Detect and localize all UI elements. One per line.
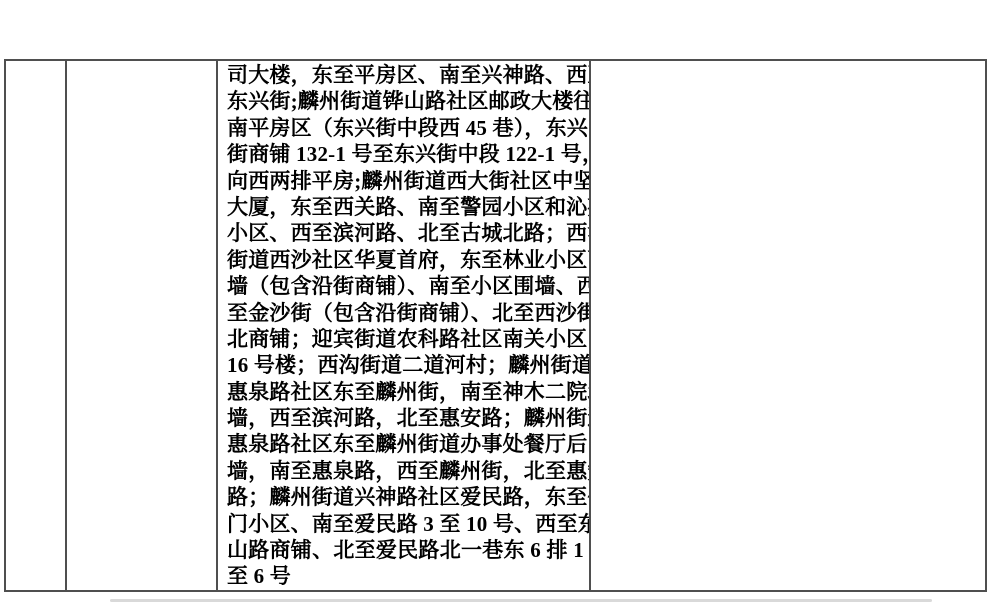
text-line: 惠泉路社区东至麟州街，南至神木二院北 (227, 379, 584, 405)
text-line: 路；麟州街道兴神路社区爱民路，东至佳 (227, 484, 584, 510)
text-line: 北商铺；迎宾街道农科路社区南关小区 (227, 326, 584, 352)
table-cell-area-description: 司大楼，东至平房区、南至兴神路、西至东兴街;麟州街道铧山路社区邮政大楼往南平房区… (216, 61, 589, 590)
text-line: 街商铺 132-1 号至东兴街中段 122-1 号， (227, 141, 584, 167)
text-line: 惠泉路社区东至麟州街道办事处餐厅后 (227, 431, 584, 457)
text-line: 东兴街;麟州街道铧山路社区邮政大楼往 (227, 88, 584, 114)
text-line: 至金沙街（包含沿街商铺）、北至西沙街 (227, 300, 584, 326)
table-cell-empty-left-2 (65, 61, 216, 590)
text-line: 墙（包含沿街商铺）、南至小区围墙、西 (227, 273, 584, 299)
table-cell-empty-right (589, 61, 985, 590)
text-line: 大厦，东至西关路、南至警园小区和沁苑 (227, 194, 584, 220)
text-line: 至 6 号 (227, 563, 584, 589)
text-line: 向西两排平房;麟州街道西大街社区中坚 (227, 168, 584, 194)
text-line: 南平房区（东兴街中段西 45 巷），东兴 (227, 115, 584, 141)
text-line: 小区、西至滨河路、北至古城北路；西沙 (227, 220, 584, 246)
text-line: 16 号楼；西沟街道二道河村；麟州街道 (227, 352, 584, 378)
text-line: 墙，南至惠泉路，西至麟州街，北至惠安 (227, 458, 584, 484)
text-line: 街道西沙社区华夏首府，东至林业小区西 (227, 247, 584, 273)
text-line: 门小区、南至爱民路 3 至 10 号、西至东 (227, 511, 584, 537)
page-bottom-shadow (110, 599, 932, 602)
text-line: 司大楼，东至平房区、南至兴神路、西至 (227, 62, 584, 88)
text-line: 山路商铺、北至爱民路北一巷东 6 排 1 (227, 537, 584, 563)
zones-table: 司大楼，东至平房区、南至兴神路、西至东兴街;麟州街道铧山路社区邮政大楼往南平房区… (4, 59, 987, 592)
text-line: 墙，西至滨河路，北至惠安路；麟州街道 (227, 405, 584, 431)
area-description-text: 司大楼，东至平房区、南至兴神路、西至东兴街;麟州街道铧山路社区邮政大楼往南平房区… (227, 62, 584, 590)
document-page: 司大楼，东至平房区、南至兴神路、西至东兴街;麟州街道铧山路社区邮政大楼往南平房区… (0, 0, 992, 616)
table-cell-empty-left-1 (6, 61, 65, 590)
